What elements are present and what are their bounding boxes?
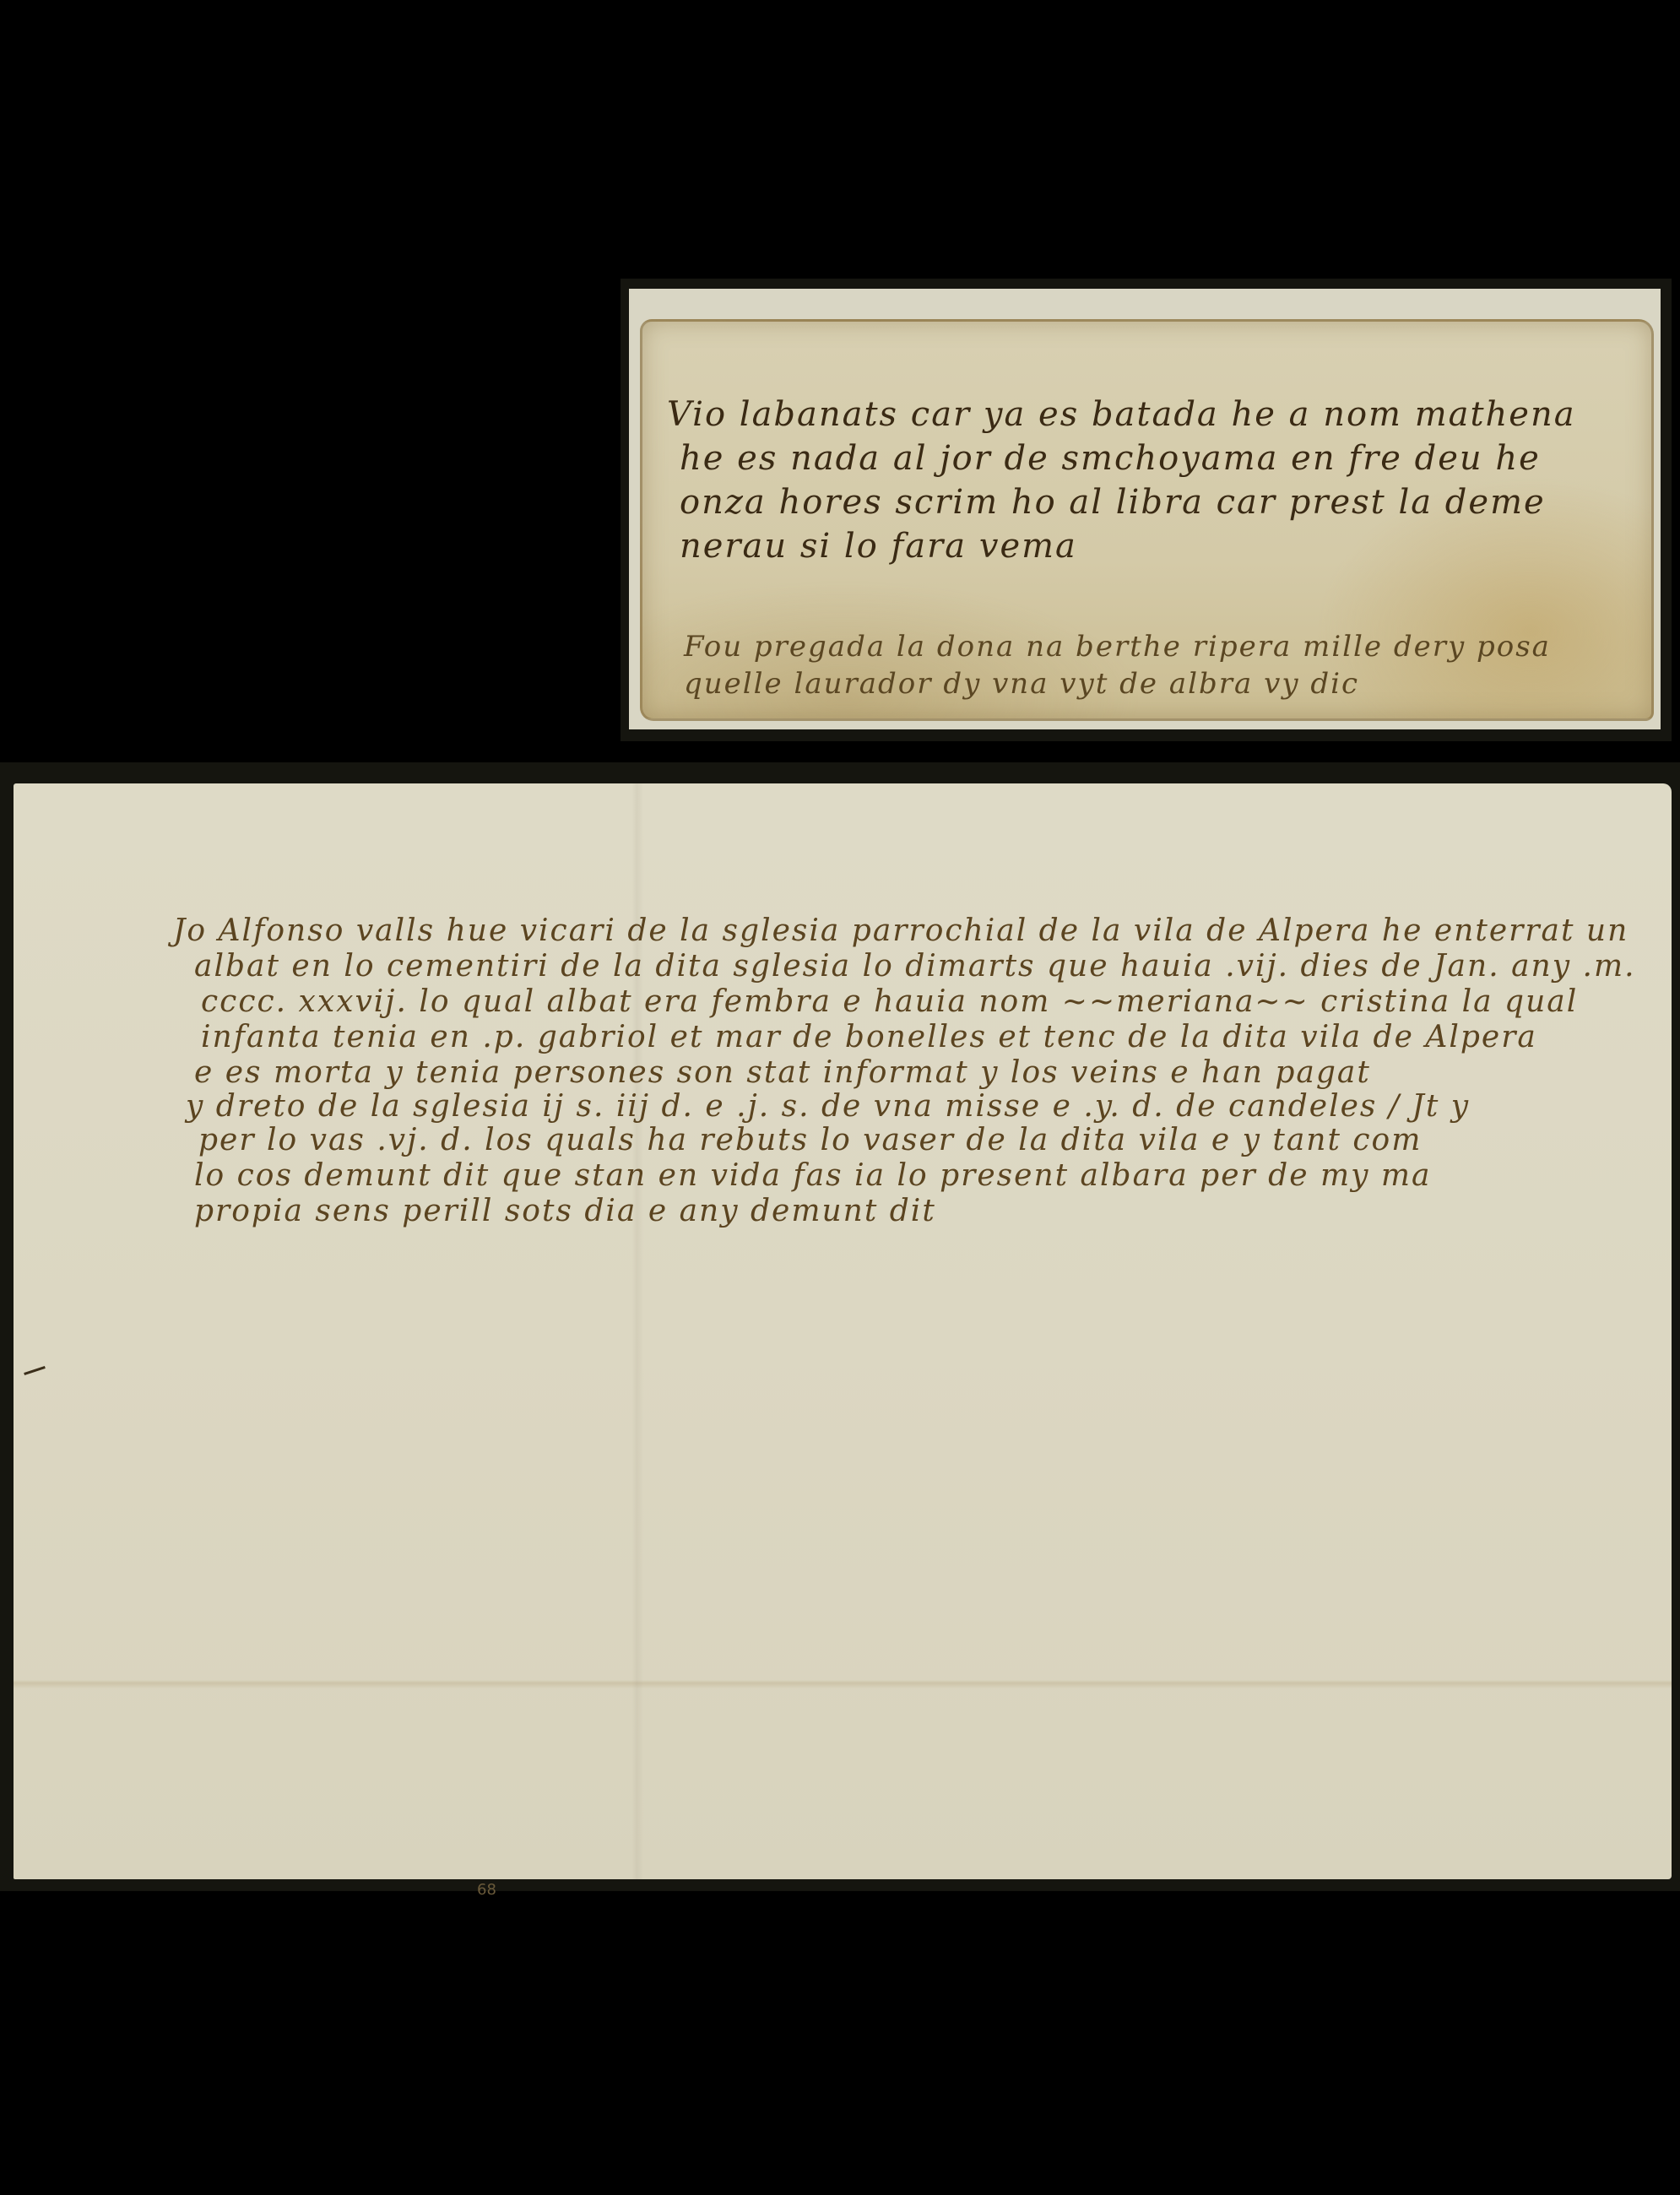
bottom-document-line-1: Jo Alfonso valls hue vicari de la sglesi… [173, 913, 1629, 948]
top-fragment-line-1: Vio labanats car ya es batada he a nom m… [667, 395, 1576, 434]
top-fragment-line-4: nerau si lo fara vema [680, 527, 1077, 566]
top-fragment-line-6: quelle laurador dy vna vyt de albra vy d… [684, 667, 1359, 701]
bottom-document-line-2: albat en lo cementiri de la dita sglesia… [194, 949, 1636, 984]
bottom-document-line-3: cccc. xxxvij. lo qual albat era fembra e… [201, 984, 1578, 1019]
bottom-document-line-5: e es morta y tenia persones son stat inf… [194, 1055, 1371, 1090]
bottom-document-line-4: infanta tenia en .p. gabriol et mar de b… [201, 1020, 1537, 1054]
top-fragment-line-5: Fou pregada la dona na berthe ripera mil… [684, 630, 1551, 664]
shelf-mark: 68 [477, 1881, 496, 1899]
bottom-document-line-6: y dreto de la sglesia ij s. iij d. e .j.… [186, 1089, 1470, 1124]
top-fragment-line-2: he es nada al jor de smchoyama en fre de… [680, 439, 1541, 478]
bottom-document-line-9: propia sens perill sots dia e any demunt… [194, 1194, 936, 1228]
bottom-document-line-8: lo cos demunt dit que stan en vida fas i… [194, 1158, 1431, 1193]
bottom-document-line-7: per lo vas .vj. d. los quals ha rebuts l… [198, 1123, 1422, 1157]
top-fragment-line-3: onza hores scrim ho al libra car prest l… [680, 483, 1546, 522]
